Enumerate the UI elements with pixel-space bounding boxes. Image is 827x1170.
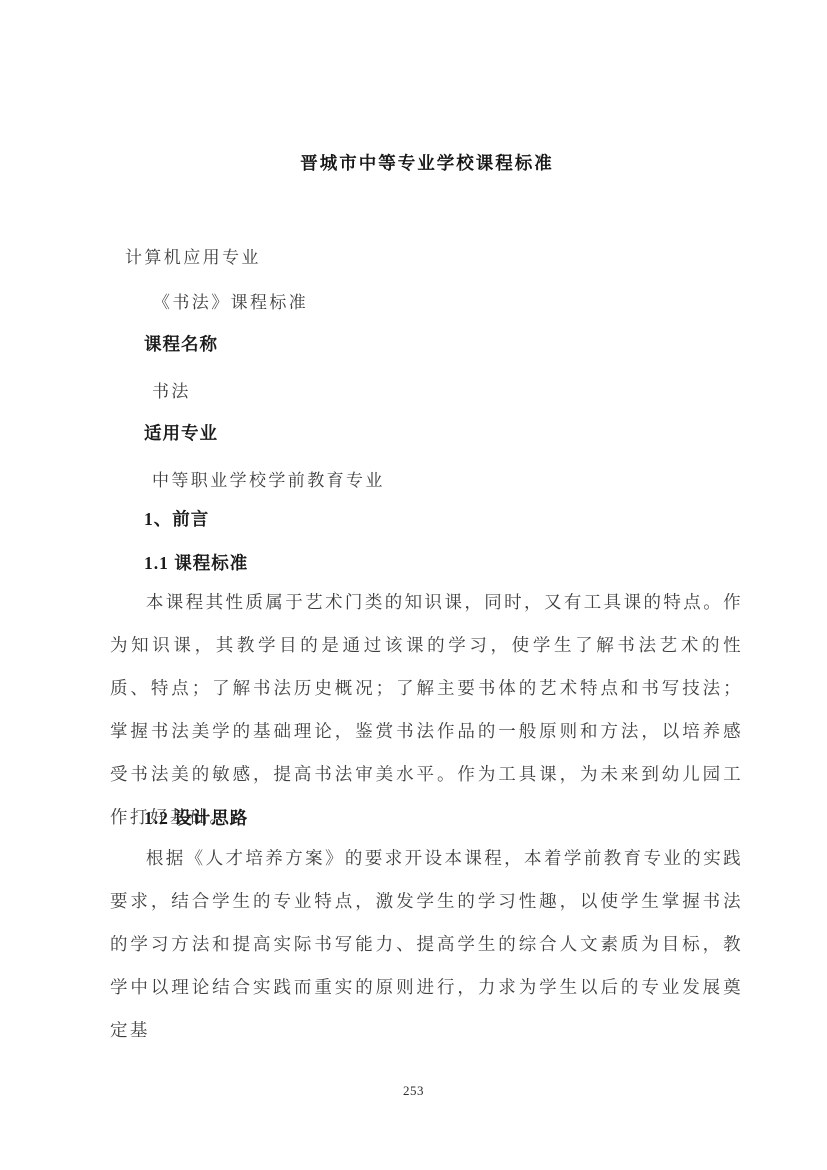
subsection-heading-course-standard: 1.1 课程标准	[144, 550, 248, 575]
page-number: 253	[0, 1083, 827, 1099]
document-page: 晋城市中等专业学校课程标准 计算机应用专业 《书法》课程标准 课程名称 书法 适…	[0, 0, 827, 1170]
field-label-applicable-major: 适用专业	[144, 420, 218, 445]
major-line: 计算机应用专业	[125, 243, 261, 268]
section-heading-foreword: 1、前言	[144, 506, 209, 531]
field-label-course-name: 课程名称	[144, 331, 218, 356]
course-standard-subtitle: 《书法》课程标准	[153, 288, 308, 313]
paragraph-course-standard: 本课程其性质属于艺术门类的知识课，同时，又有工具课的特点。作为知识课，其教学目的…	[110, 581, 743, 839]
document-title: 晋城市中等专业学校课程标准	[112, 150, 742, 175]
field-value-applicable-major: 中等职业学校学前教育专业	[152, 466, 385, 491]
subsection-heading-design-approach: 1.2 设计思路	[144, 805, 248, 830]
field-value-course-name: 书法	[152, 377, 191, 402]
paragraph-design-approach: 根据《人才培养方案》的要求开设本课程，本着学前教育专业的实践要求，结合学生的专业…	[110, 837, 743, 1052]
